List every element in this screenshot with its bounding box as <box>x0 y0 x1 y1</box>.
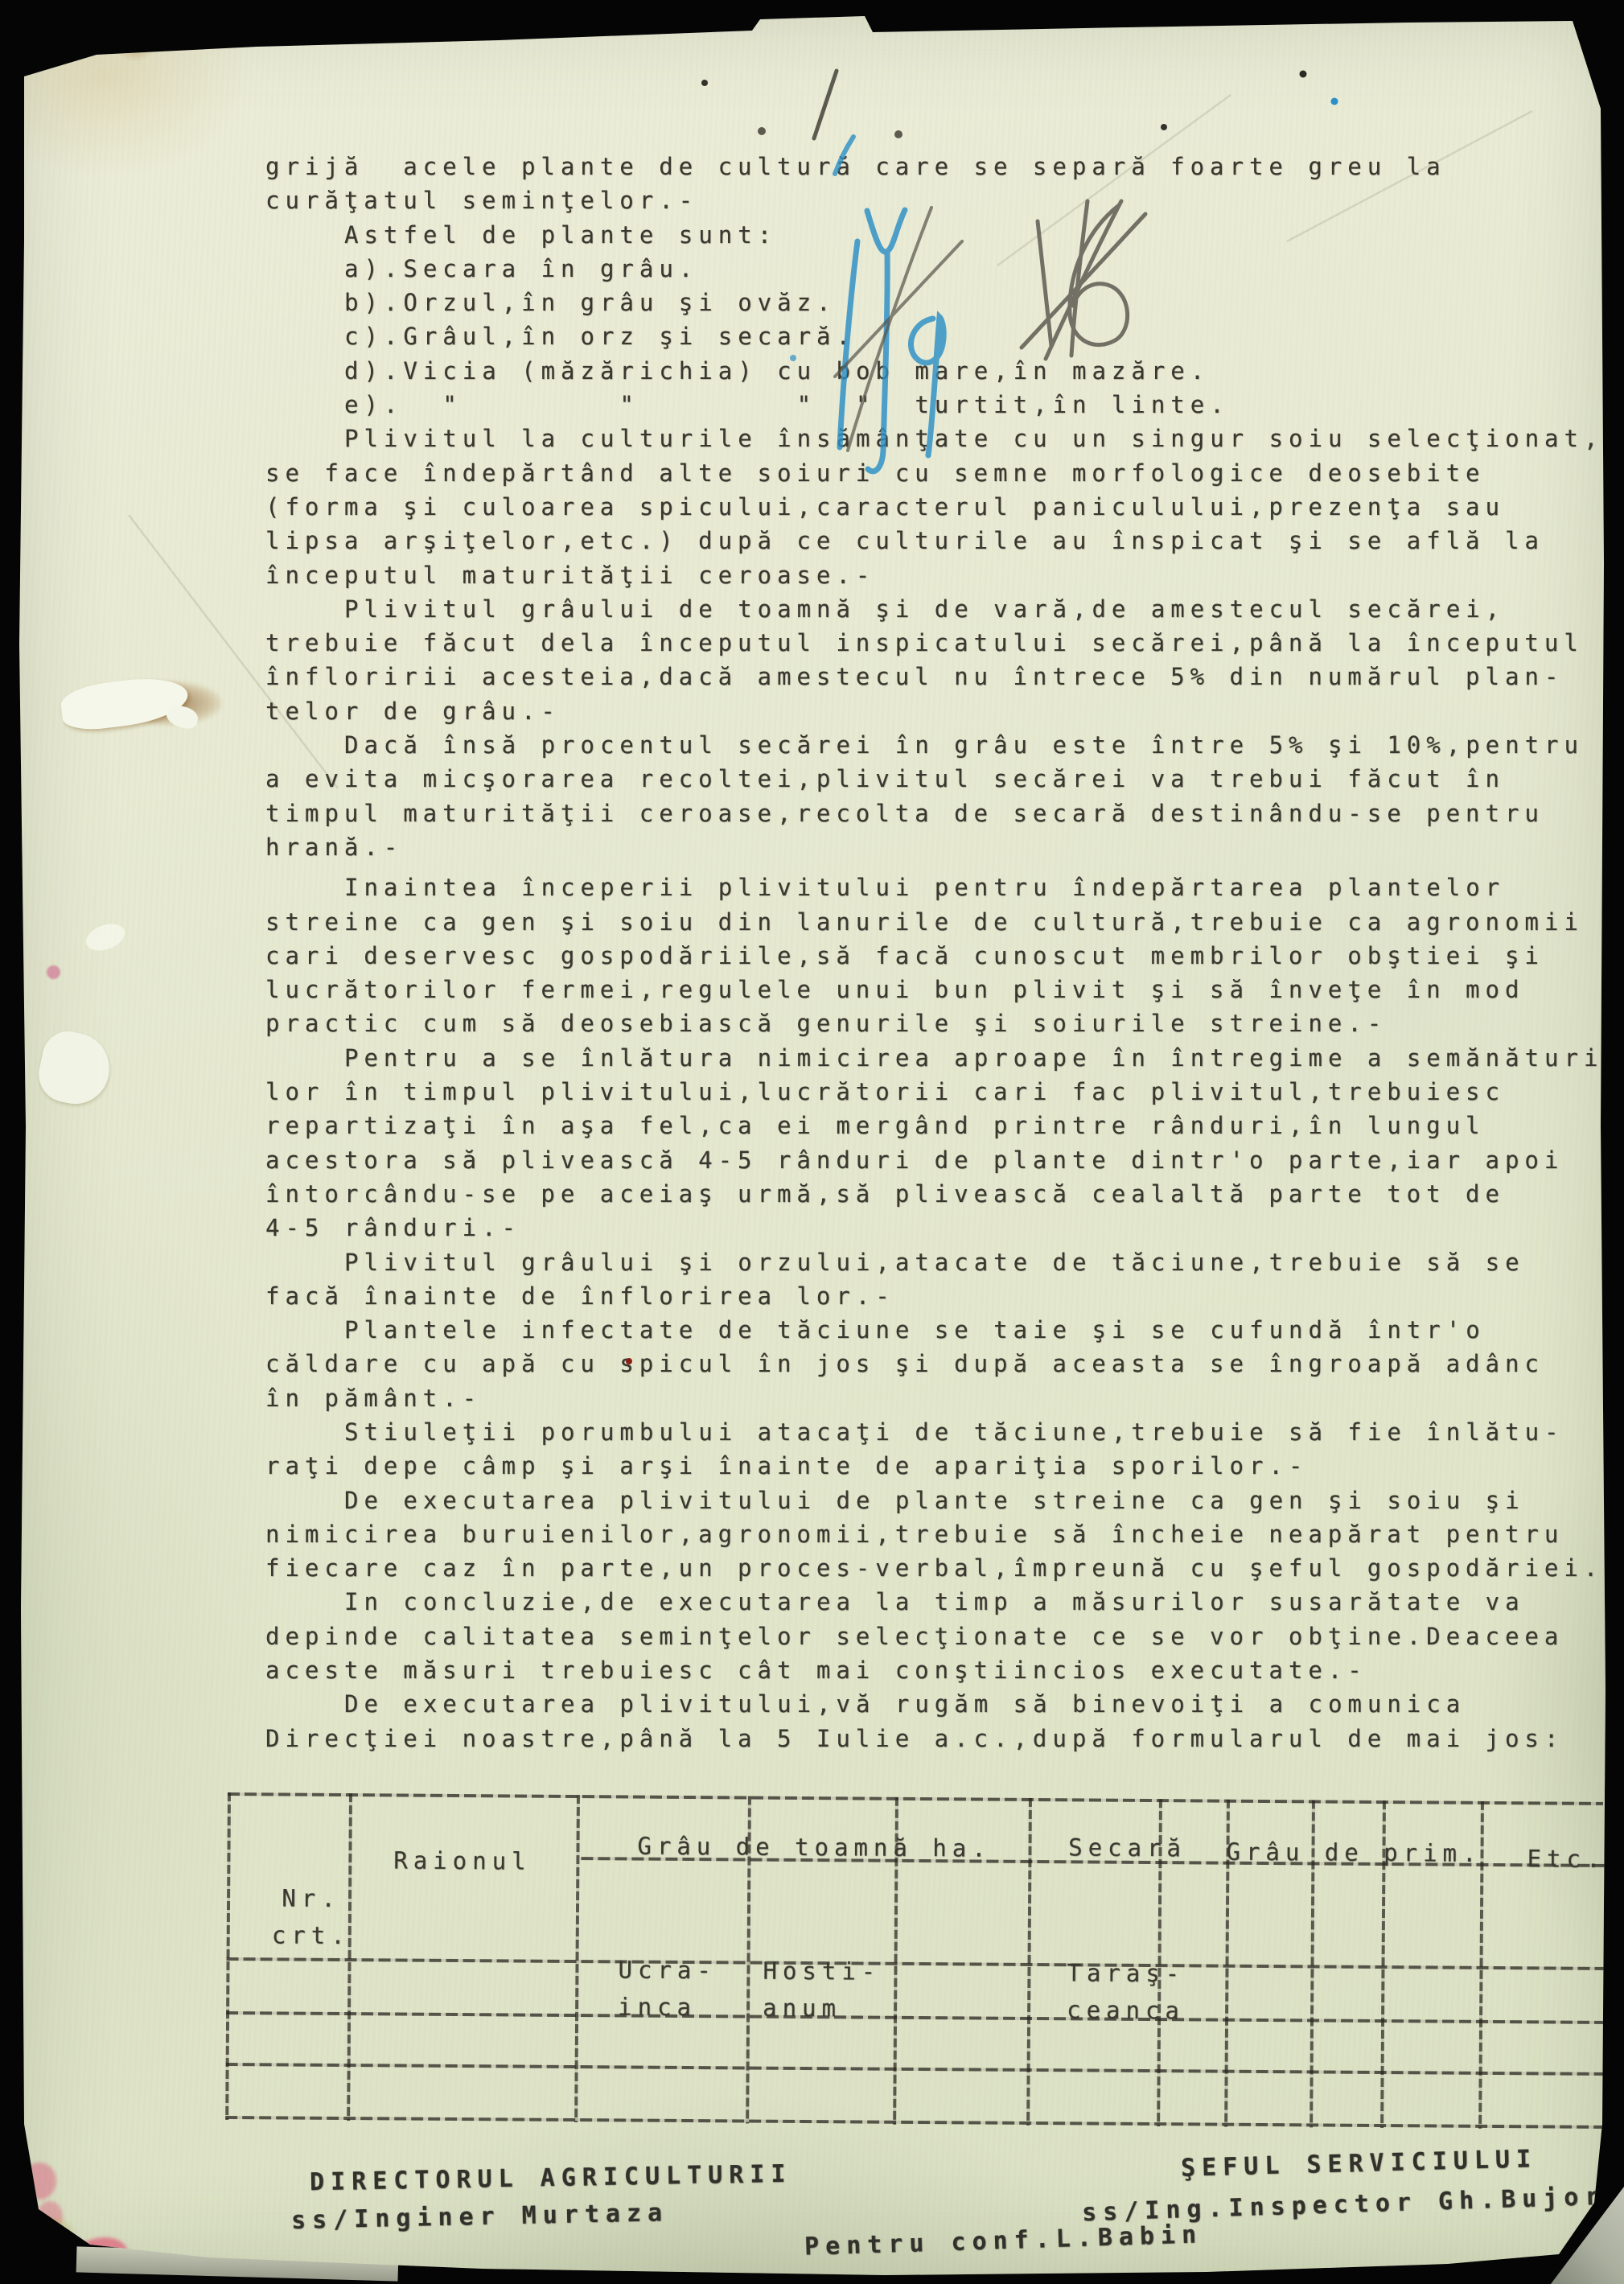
typed-line: cari deservesc gospodăriile,să facă cuno… <box>265 939 1623 973</box>
typed-line: 4-5 rânduri.- <box>265 1211 1623 1245</box>
typed-line: a).Secara în grâu. <box>265 252 1623 286</box>
typed-line: curăţatul seminţelor.- <box>265 183 1623 217</box>
typed-line: raţi depe câmp şi arşi înainte de apariţ… <box>265 1449 1623 1483</box>
signature-chief-title: ŞEFUL SERVICIULUI <box>1181 2145 1538 2183</box>
table-line <box>225 1792 230 2120</box>
table-line <box>228 1792 1603 1805</box>
typed-line: grijă acele plante de cultură care se se… <box>265 150 1623 183</box>
table-line <box>225 2116 1622 2129</box>
typed-line: streine ca gen şi soiu din lanurile de c… <box>265 905 1623 939</box>
typed-line: e). " " " " turtit,în linte. <box>265 388 1623 422</box>
pink-stain <box>23 2163 56 2200</box>
typed-line: lucrătorilor fermei,regulele unui bun pl… <box>265 973 1623 1006</box>
subcolumn-hostianum: Hosti-anum <box>762 1879 900 2101</box>
typed-line: trebuie făcut dela începutul inspicatulu… <box>265 626 1623 660</box>
signature-director-title: DIRECTORUL AGRICULTURII <box>310 2160 792 2196</box>
typed-line: Direcţiei noastre,până la 5 Iulie a.c.,d… <box>265 1722 1623 1755</box>
subcolumn-tarasceanca: Taraş-ceanca <box>1066 1880 1212 2103</box>
typed-line: Plivitul la culturile însămânţate cu un … <box>265 422 1623 455</box>
typed-line: a evita micşorarea recoltei,plivitul sec… <box>265 762 1623 796</box>
yellow-stain <box>23 2217 74 2261</box>
typed-line: înfloririi acesteia,dacă amestecul nu în… <box>265 660 1623 693</box>
photo-of-document: grijă acele plante de cultură care se se… <box>0 0 1624 2284</box>
typed-line: Plantele infectate de tăciune se taie şi… <box>265 1313 1623 1347</box>
typed-line: b).Orzul,în grâu şi ovăz. <box>265 286 1623 319</box>
table-line <box>226 2063 1622 2076</box>
typed-line: se face îndepărtând alte soiuri cu semne… <box>265 456 1623 490</box>
typed-line: facă înainte de înflorirea lor.- <box>265 1279 1623 1313</box>
typed-line: hrană.- <box>265 830 1623 864</box>
column-header-nr: Nr.crt. <box>270 1805 352 2028</box>
paper-chip-small <box>82 919 128 955</box>
typed-line: în pământ.- <box>265 1381 1623 1415</box>
typed-line: Inaintea începerii plivitului pentru înd… <box>265 870 1623 904</box>
column-header-secara: Secară <box>1028 1830 1226 1866</box>
typed-line: începutul maturităţii ceroase.- <box>265 558 1623 592</box>
signature-director-name: ss/Inginer Murtaza <box>291 2199 669 2235</box>
typed-line: acestora să plivească 4-5 rânduri de pla… <box>265 1143 1623 1177</box>
signature-chief-name: ss/Ing.Inspector Gh.Bujor <box>1082 2183 1606 2227</box>
slash-mark <box>758 71 902 138</box>
typed-line: Plivitul grâului de toamnă şi de vară,de… <box>265 592 1623 626</box>
typed-line: lor în timpul plivitului,lucrătorii cari… <box>265 1075 1623 1109</box>
column-header-grau-prim: Grâu de prim. <box>1226 1835 1480 1871</box>
subcolumn-ucrainca: Ucra-inca <box>617 1877 755 2100</box>
typed-body: grijă acele plante de cultură care se se… <box>265 150 1623 1755</box>
pink-stain <box>47 965 60 979</box>
typed-line: (forma şi culoarea spicului,caracterul p… <box>265 490 1623 524</box>
typed-line: Stiuleţii porumbului atacaţi de tăciune,… <box>265 1415 1623 1449</box>
typed-line: fiecare caz în parte,un proces-verbal,îm… <box>265 1551 1623 1585</box>
pink-stain <box>37 2201 63 2232</box>
typed-line: c).Grâul,în orz şi secară. <box>265 319 1623 353</box>
typed-line: De executarea plivitului de plante strei… <box>265 1484 1623 1517</box>
typed-line: lipsa arşiţelor,etc.) după ce culturile … <box>265 524 1623 558</box>
typed-line: In concluzie,de executarea la timp a măs… <box>265 1585 1623 1619</box>
typed-line: timpul maturităţii ceroase,recolta de se… <box>265 796 1623 830</box>
table-line <box>226 2011 1620 2024</box>
typed-line: căldare cu apă cu spicul în jos şi după … <box>265 1347 1623 1381</box>
column-header-etc: Etc. <box>1514 1842 1618 1876</box>
table-line <box>227 1957 1618 1970</box>
paper-chip <box>34 1027 116 1110</box>
typed-line: nimicirea buruienilor,agronomii,trebuie … <box>265 1517 1623 1551</box>
paper-sheet: grijă acele plante de cultură care se se… <box>0 0 1624 2284</box>
typed-line: Dacă însă procentul secărei în grâu este… <box>265 728 1623 762</box>
typed-line: d).Vicia (măzărichia) cu bob mare,în maz… <box>265 354 1623 388</box>
typed-line: aceste măsuri trebuiesc cât mai conştiin… <box>265 1653 1623 1687</box>
typed-line: Astfel de plante sunt: <box>265 218 1623 252</box>
column-header-raion: Raionul <box>348 1843 576 1879</box>
typed-line: Plivitul grâului şi orzului,atacate de t… <box>265 1245 1623 1279</box>
typed-line: întorcându-se pe aceiaş urmă,să pliveasc… <box>265 1177 1623 1211</box>
typed-line: De executarea plivitului,vă rugăm să bin… <box>265 1687 1623 1721</box>
typed-line: depinde calitatea seminţelor selecţionat… <box>265 1619 1623 1653</box>
typed-line: practic cum să deosebiască genurile şi s… <box>265 1006 1623 1040</box>
typed-line: Pentru a se înlătura nimicirea aproape î… <box>265 1041 1623 1075</box>
typed-line: telor de grâu.- <box>265 694 1623 728</box>
pink-stain <box>10 2182 29 2204</box>
column-header-grau-toamna: Grâu de toamnă ha. <box>589 1829 1039 1866</box>
report-form-table: Nr.crt. Raionul Grâu de toamnă ha. Secar… <box>225 1792 1624 2148</box>
signature-conform-note: Pentru conf.L.Babin <box>804 2220 1203 2261</box>
typed-line: repartizaţi în aşa fel,ca ei mergând pri… <box>265 1109 1623 1142</box>
